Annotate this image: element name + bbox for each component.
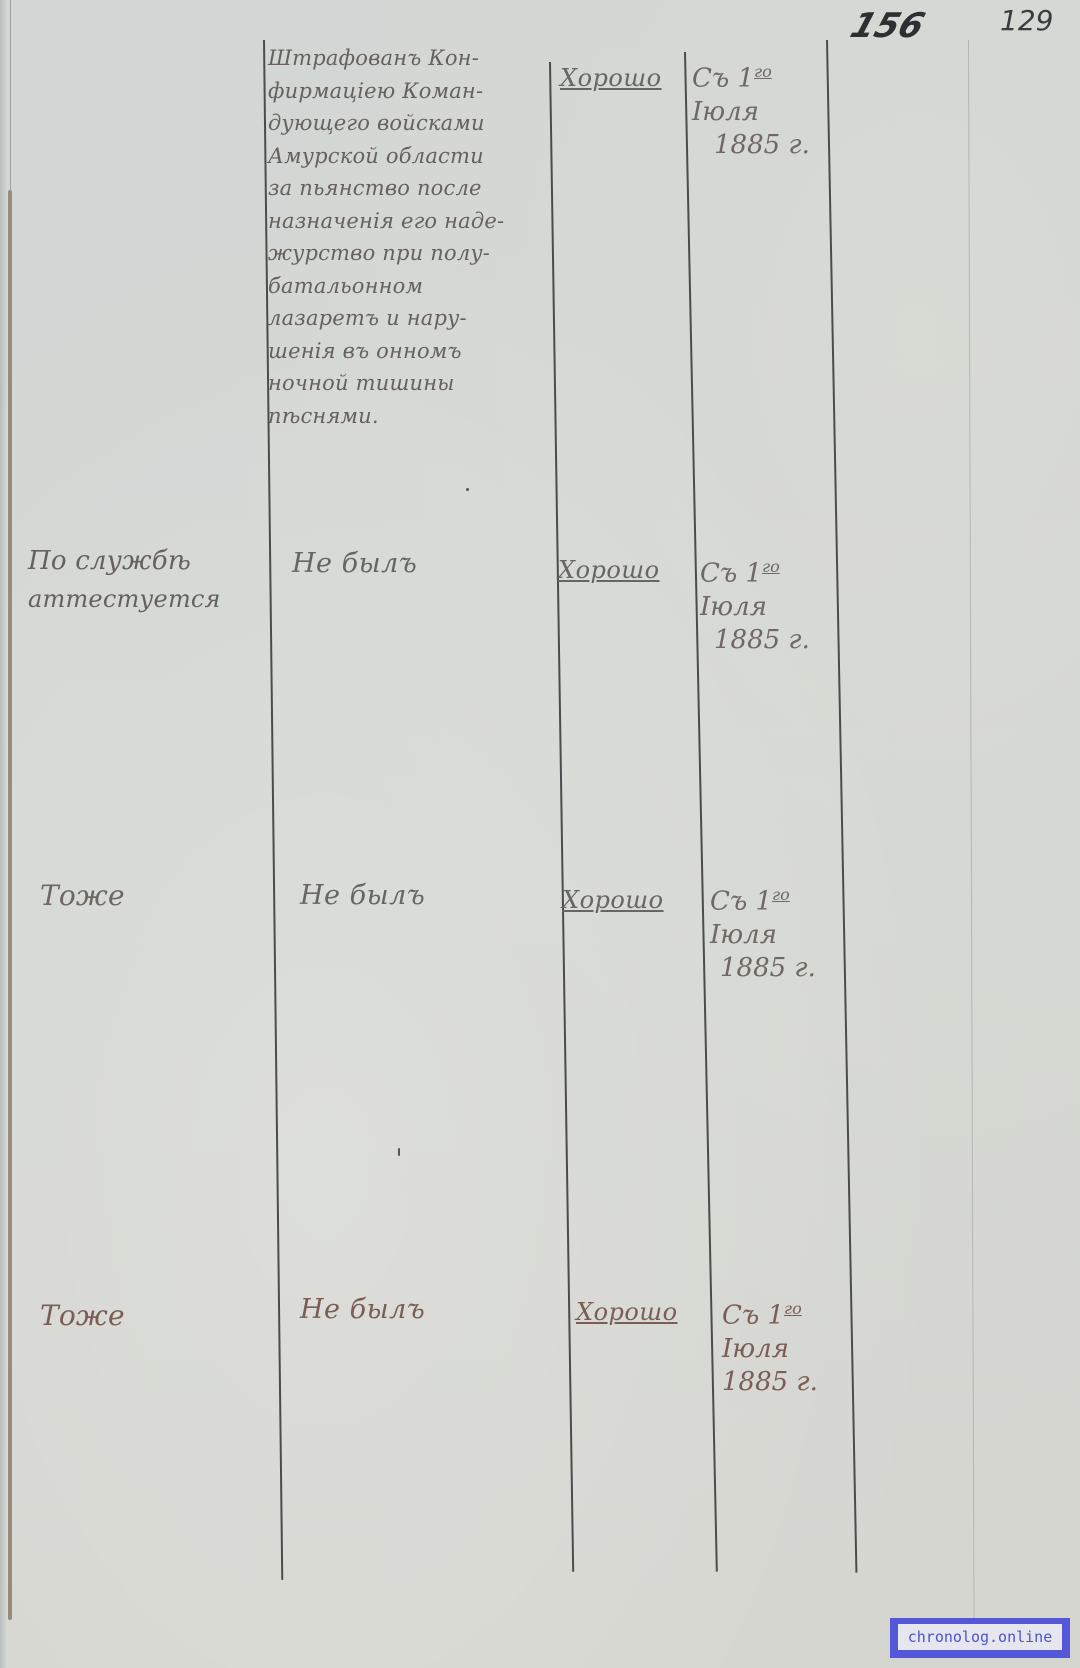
row-2-date: Съ 1го Iюля 1885 г. (700, 550, 810, 657)
document-page: 156 129 Штрафованъ Кон- фирмацiею Коман-… (0, 0, 1080, 1668)
penalty-line: дующего войсками (268, 107, 504, 140)
column-rule-3 (684, 52, 717, 1572)
column-rule-faint (968, 40, 975, 1640)
row-2-left-text: По службѣ аттестуется (28, 540, 221, 616)
column-rule-4 (826, 40, 857, 1573)
row-3-date: Съ 1го Iюля 1885 г. (710, 878, 816, 985)
penalty-line: Амурской области (268, 140, 504, 173)
folio-number-new: 129 (1000, 4, 1053, 37)
binding-edge (0, 0, 6, 1668)
row-1-conduct: Хорошо (560, 64, 662, 92)
penalty-line: Штрафованъ Кон- (268, 42, 504, 75)
penalty-line: пѣснями. (268, 400, 504, 433)
row-4-penalty: Не былъ (300, 1294, 425, 1325)
folio-number-old: 156 (846, 6, 930, 46)
row-3-left-text: Тоже (40, 876, 125, 916)
row-2-conduct: Хорошо (558, 556, 660, 584)
row-3-penalty: Не былъ (300, 880, 425, 911)
penalty-line: ночной тишины (268, 367, 504, 400)
column-rule-2 (549, 62, 574, 1572)
penalty-line: назначенiя его наде- (268, 205, 504, 238)
watermark-text: chronolog.online (898, 1624, 1062, 1650)
ink-dot (466, 488, 469, 491)
row-3-conduct: Хорошо (562, 886, 664, 914)
penalty-line: батальонном (268, 270, 504, 303)
row-4-date: Съ 1го Iюля 1885 г. (722, 1292, 818, 1399)
penalty-line: за пьянство после (268, 172, 504, 205)
binding-thread (8, 190, 12, 1620)
row-2-penalty: Не былъ (292, 548, 417, 579)
row-4-left-text: Тоже (40, 1296, 125, 1336)
ink-dot (398, 1148, 400, 1156)
penalty-line: лазаретъ и нару- (268, 302, 504, 335)
penalty-line: фирмацiею Коман- (268, 75, 504, 108)
row-1-date: Съ 1го Iюля 1885 г. (692, 55, 810, 162)
penalty-line: шенiя въ онномъ (268, 335, 504, 368)
penalty-line: журство при полу- (268, 237, 504, 270)
watermark-badge: chronolog.online (890, 1618, 1070, 1658)
row-4-conduct: Хорошо (576, 1298, 678, 1326)
row-1-penalty-text: Штрафованъ Кон- фирмацiею Коман- дующего… (268, 42, 504, 432)
binding-margin-rule (10, 0, 11, 190)
